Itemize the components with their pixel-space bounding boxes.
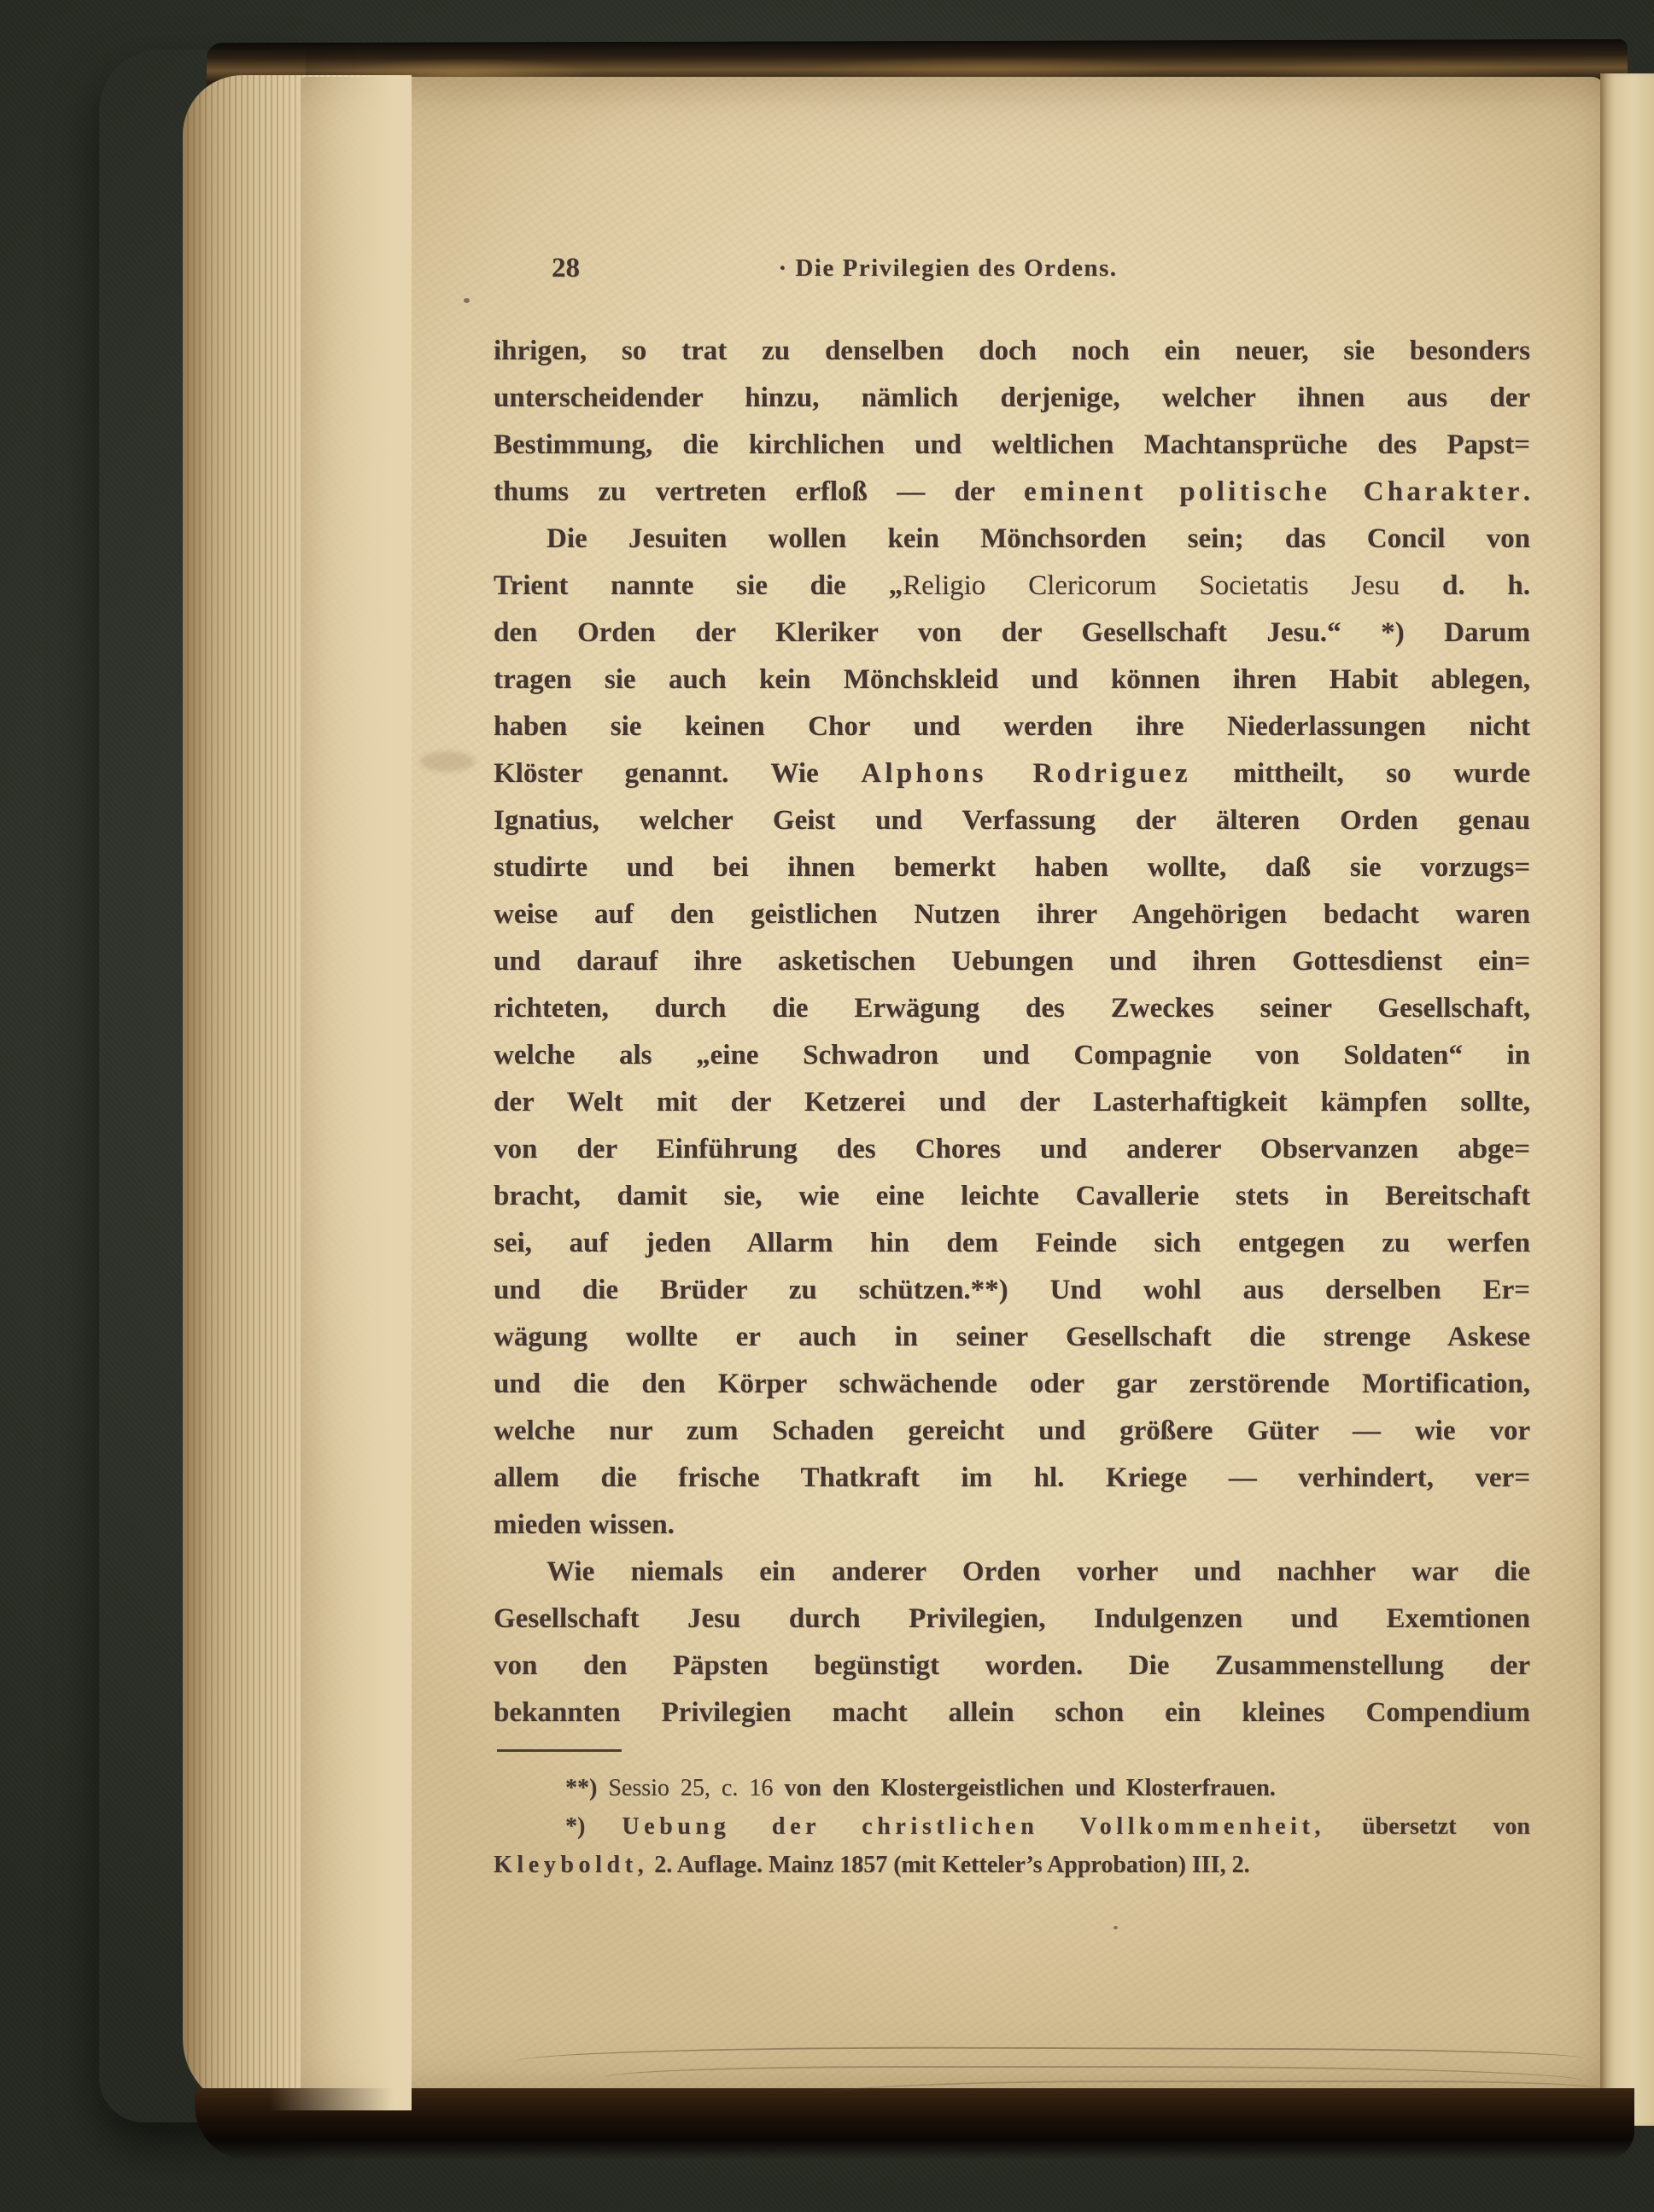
text-segment: 2. Auflage. Mainz 1857 (mit Ketteler’s A… [648, 1852, 1249, 1878]
text-segment: der Welt mit der Ketzerei und der Laster… [494, 1087, 1530, 1118]
text-line: Kleyboldt, 2. Auflage. Mainz 1857 (mit K… [494, 1846, 1530, 1884]
text-segment: den Orden der Kleriker von der Gesellsch… [494, 617, 1530, 648]
text-line: Gesellschaft Jesu durch Privilegien, Ind… [494, 1596, 1530, 1643]
text-line: studirte und bei ihnen bemerkt haben wol… [494, 844, 1530, 891]
text-line: und darauf ihre asketischen Uebungen und… [494, 938, 1530, 985]
text-segment: bekannten Privilegien macht allein schon… [494, 1697, 1530, 1728]
text-segment: ihrigen, so trat zu denselben doch noch … [494, 336, 1530, 366]
photo-background: 28 · Die Privilegien des Ordens. ihrigen… [0, 0, 1654, 2212]
text-segment: studirte und bei ihnen bemerkt haben wol… [494, 852, 1530, 883]
text-line: Klöster genannt. Wie Alphons Rodriguez m… [494, 750, 1530, 797]
text-segment: eminent politische Charakter [1024, 476, 1523, 507]
text-line: ihrigen, so trat zu denselben doch noch … [494, 328, 1530, 375]
text-line: **) Sessio 25, c. 16 von den Klostergeis… [494, 1769, 1530, 1807]
page-stack-edges [183, 75, 412, 2110]
body-lines: ihrigen, so trat zu denselben doch noch … [494, 328, 1530, 1736]
text-line: von den Päpsten begünstigt worden. Die Z… [494, 1643, 1530, 1690]
text-line: unterscheidender hinzu, nämlich derjenig… [494, 375, 1530, 422]
text-line: der Welt mit der Ketzerei und der Laster… [494, 1079, 1530, 1126]
text-segment: **) [565, 1775, 608, 1801]
page-text: 28 · Die Privilegien des Ordens. ihrigen… [494, 0, 1530, 2212]
text-segment: von der Einführung des Chores und andere… [494, 1134, 1530, 1164]
page-header-row: 28 · Die Privilegien des Ordens. [494, 253, 1530, 290]
text-line: und die Brüder zu schützen.**) Und wohl … [494, 1267, 1530, 1314]
text-segment: bracht, damit sie, wie eine leichte Cava… [494, 1181, 1530, 1211]
text-segment: Die Jesuiten wollen kein Mönchsorden sei… [546, 523, 1530, 554]
text-segment: haben sie keinen Chor und werden ihre Ni… [494, 711, 1530, 742]
text-line: *) Uebung der christlichen Vollkommenhei… [494, 1807, 1530, 1846]
text-line: bracht, damit sie, wie eine leichte Cava… [494, 1173, 1530, 1220]
text-line: welche als „eine Schwadron und Compagnie… [494, 1032, 1530, 1079]
text-line: Wie niemals ein anderer Orden vorher und… [494, 1549, 1530, 1596]
text-segment: sei, auf jeden Allarm hin dem Feinde sic… [494, 1228, 1530, 1258]
text-segment: Klöster genannt. Wie [494, 758, 861, 789]
text-segment: Wie niemals ein anderer Orden vorher und… [546, 1556, 1530, 1587]
text-line: von der Einführung des Chores und andere… [494, 1126, 1530, 1173]
text-segment: welche nur zum Schaden gereicht und größ… [494, 1415, 1530, 1446]
text-line: allem die frische Thatkraft im hl. Krieg… [494, 1455, 1530, 1502]
text-segment: und die Brüder zu schützen.**) Und wohl … [494, 1275, 1530, 1305]
text-line: Bestimmung, die kirchlichen und weltlich… [494, 422, 1530, 469]
text-segment: übersetzt von [1325, 1813, 1530, 1840]
ink-bleedthrough-stain [420, 751, 475, 772]
footnotes: **) Sessio 25, c. 16 von den Klostergeis… [494, 1769, 1530, 1884]
text-segment: Ignatius, welcher Geist und Verfassung d… [494, 805, 1530, 836]
text-line: bekannten Privilegien macht allein schon… [494, 1690, 1530, 1736]
text-segment: richteten, durch die Erwägung des Zwecke… [494, 993, 1530, 1024]
text-line: thums zu vertreten erfloß — der eminent … [494, 469, 1530, 516]
text-segment: unterscheidender hinzu, nämlich derjenig… [494, 382, 1530, 413]
text-line: haben sie keinen Chor und werden ihre Ni… [494, 703, 1530, 750]
text-segment: weise auf den geistlichen Nutzen ihrer A… [494, 899, 1530, 930]
text-segment: Bestimmung, die kirchlichen und weltlich… [494, 429, 1530, 460]
text-segment: von den Klostergeistlichen und Klosterfr… [773, 1775, 1275, 1801]
text-segment: von den Päpsten begünstigt worden. Die Z… [494, 1650, 1530, 1681]
text-segment: thums zu vertreten erfloß — der [494, 476, 1024, 507]
text-segment: d. h. [1400, 570, 1530, 601]
text-segment: Sessio 25, c. 16 [608, 1775, 773, 1801]
text-segment: wägung wollte er auch in seiner Gesellsc… [494, 1322, 1530, 1352]
text-segment: Trient nannte sie die „ [494, 570, 903, 601]
text-line: wägung wollte er auch in seiner Gesellsc… [494, 1314, 1530, 1361]
text-segment: . [1523, 476, 1530, 507]
text-segment: Religio Clericorum Societatis Jesu [903, 570, 1400, 601]
footnote-rule [497, 1749, 622, 1752]
text-line: tragen sie auch kein Mönchskleid und kön… [494, 657, 1530, 703]
text-line: sei, auf jeden Allarm hin dem Feinde sic… [494, 1220, 1530, 1267]
text-line: Trient nannte sie die „Religio Clericoru… [494, 563, 1530, 610]
text-segment: Kleyboldt, [494, 1852, 648, 1878]
text-line: den Orden der Kleriker von der Gesellsch… [494, 610, 1530, 657]
text-segment: Uebung der christlichen Vollkommenheit, [622, 1813, 1325, 1840]
paper-speck [464, 298, 470, 303]
text-segment: tragen sie auch kein Mönchskleid und kön… [494, 664, 1530, 695]
text-line: Die Jesuiten wollen kein Mönchsorden sei… [494, 516, 1530, 563]
text-segment: und die den Körper schwächende oder gar … [494, 1369, 1530, 1399]
text-segment: welche als „eine Schwadron und Compagnie… [494, 1040, 1530, 1071]
text-line: weise auf den geistlichen Nutzen ihrer A… [494, 891, 1530, 938]
text-segment: allem die frische Thatkraft im hl. Krieg… [494, 1462, 1530, 1493]
text-line: Ignatius, welcher Geist und Verfassung d… [494, 797, 1530, 844]
text-segment: und darauf ihre asketischen Uebungen und… [494, 946, 1530, 977]
running-header: · Die Privilegien des Ordens. [430, 254, 1466, 283]
text-segment: mieden wissen. [494, 1509, 675, 1540]
text-line: mieden wissen. [494, 1502, 1530, 1549]
text-line: und die den Körper schwächende oder gar … [494, 1361, 1530, 1408]
text-segment: mittheilt, so wurde [1191, 758, 1530, 789]
text-segment: Gesellschaft Jesu durch Privilegien, Ind… [494, 1603, 1530, 1634]
text-segment: *) [565, 1813, 622, 1840]
text-segment: Alphons Rodriguez [861, 758, 1191, 789]
text-line: welche nur zum Schaden gereicht und größ… [494, 1408, 1530, 1455]
text-line: richteten, durch die Erwägung des Zwecke… [494, 985, 1530, 1032]
page-fore-edge [1600, 73, 1654, 2126]
